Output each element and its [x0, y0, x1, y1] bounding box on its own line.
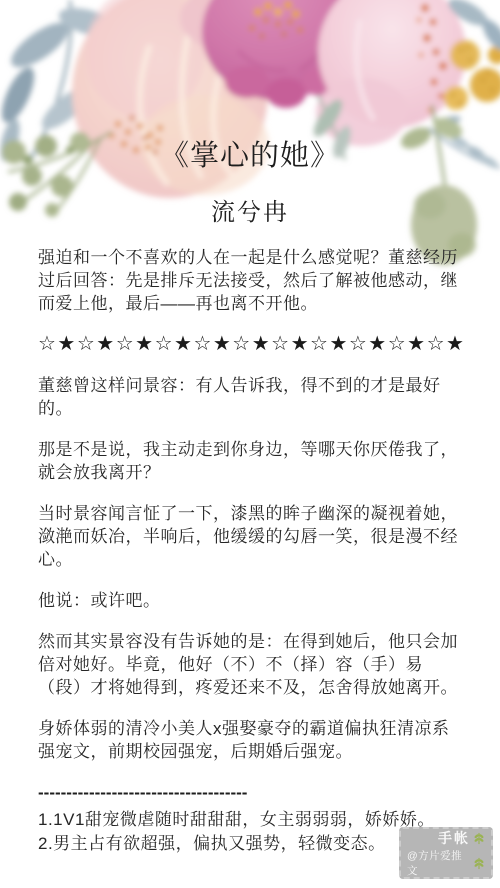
- leaf-sprig-icon: [473, 832, 485, 845]
- dash-divider: -------------------------------------: [38, 781, 464, 804]
- paragraph-truth: 然而其实景容没有告诉她的是：在得到她后，他只会加倍对她好。毕竟，他好（不）不（择…: [38, 630, 464, 699]
- star-divider: ☆★☆★☆★☆★☆★☆★☆★☆★☆★☆★☆★: [38, 333, 464, 356]
- watermark-name: 手帐: [438, 828, 470, 848]
- book-title: 《掌心的她》: [0, 138, 500, 174]
- green-hanging-leaves-right: [398, 105, 477, 265]
- paragraph-scene: 当时景容闻言怔了一下，漆黑的眸子幽深的凝视着她，潋滟而妖冶，半响后，他缓缓的勾唇…: [38, 502, 464, 571]
- paragraph-summary: 身娇体弱的清冷小美人x强娶豪夺的霸道偏执狂清凉系强宠文，前期校园强宠，后期婚后强…: [38, 717, 464, 763]
- book-recommendation-card: 《掌心的她》 流兮冉 强迫和一个不喜欢的人在一起是什么感觉呢？董慈经历过后回答：…: [0, 0, 500, 888]
- paragraph-he-said: 他说：或许吧。: [38, 589, 464, 612]
- book-author: 流兮冉: [0, 198, 500, 228]
- paragraph-question: 董慈曾这样问景容：有人告诉我，得不到的才是最好的。: [38, 374, 464, 420]
- description-body: 强迫和一个不喜欢的人在一起是什么感觉呢？董慈经历过后回答：先是排斥无法接受，然后…: [38, 246, 464, 856]
- watermark-handle: @方片爱推文: [407, 848, 470, 878]
- paragraph-intro: 强迫和一个不喜欢的人在一起是什么感觉呢？董慈经历过后回答：先是排斥无法接受，然后…: [38, 246, 464, 315]
- leaf-sprig-icon: [473, 857, 485, 870]
- watermark-badge: 手帐 @方片爱推文: [399, 827, 493, 879]
- paragraph-reply: 那是不是说，我主动走到你身边，等哪天你厌倦我了，就会放我离开？: [38, 438, 464, 484]
